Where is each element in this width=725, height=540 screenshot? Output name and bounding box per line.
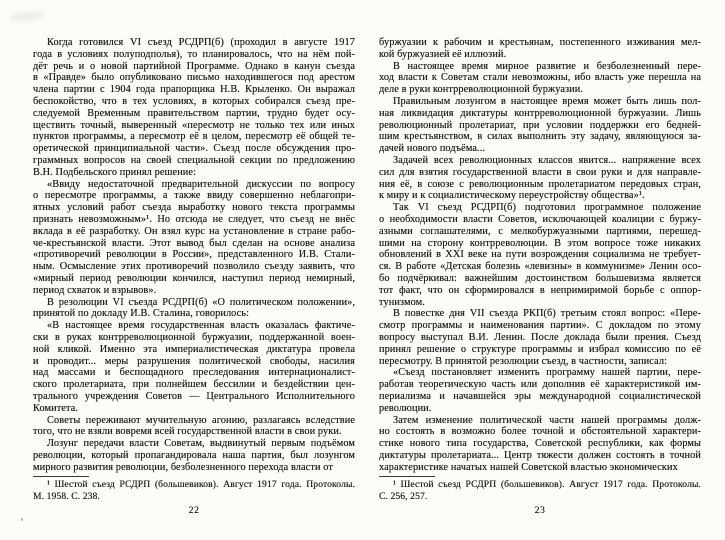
text-line: принятой по докладу И.В. Сталина, говори… [33,308,355,320]
text-line: деле в руки контрреволюционной буржуазии… [379,84,701,96]
text-line: пунктов программы, а пересмотр её в цело… [33,131,355,143]
footnote-divider [33,476,89,477]
text-line: ход власти к Советам стали невозможны, и… [379,72,701,84]
text-line: члена партии с 1904 года прапорщика Н.В.… [33,84,355,96]
text-line: революционный пролетариат, при условии п… [379,120,701,132]
text-line: кой буржуазией её иллюзий. [379,49,701,61]
text-line: периализма и начавшейся эры международно… [379,391,701,403]
text-line: граммных вопросов на своей специальной с… [33,155,355,167]
text-line: ния её, в союзе с революционным пролетар… [379,179,701,191]
text-line: буржуазии к рабочим и крестьянам, постеп… [379,37,701,49]
text-line: азными соглашателями, с мелкобуржуазными… [379,226,701,238]
text-line: Затем изменение политической части нашей… [379,415,701,427]
text-line: ся. В работе «Детская болезнь «левизны» … [379,261,701,273]
text-line: обновлений в XXI веке на пути возрождени… [379,249,701,261]
text-line: М. 1958. С. 238. [33,491,355,502]
text-line: ¹ Шестой съезд РСДРП (большевиков). Авгу… [33,479,355,490]
text-line: дачей нового подъёма... [379,143,701,155]
page-number: 23 [379,505,701,516]
text-line: о необходимости власти Советов, исключаю… [379,214,701,226]
footnote-text: ¹ Шестой съезд РСДРП (большевиков). Авгу… [379,479,701,501]
text-line: шим крестьянством, в силах выполнить эту… [379,131,701,143]
text-line: и проводит... меры разрушения политическ… [33,356,355,368]
text-line: ная ликвидация диктатуры контрреволюцион… [379,108,701,120]
text-line: революции. [379,403,701,415]
text-line: о пересмотре программы, а также ввиду со… [33,190,355,202]
text-line: Когда готовился VI съезд РСДРП(б) (прохо… [33,37,355,49]
text-line: шими на сторону контрреволюции. В этом в… [379,238,701,250]
text-line: бо подчёркивал: важнейшим достоинством б… [379,273,701,285]
text-line: тот факт, что он сформировался в неприми… [379,285,701,297]
text-line: года в условиях полуподполья), то планир… [33,49,355,61]
text-line: вклада в её разработку. Он взял курс на … [33,226,355,238]
text-line: но состоять в возможно более точной и об… [379,426,701,438]
text-line: характеристике начатых нашей Советской в… [379,462,701,474]
scan-speck [21,518,23,521]
text-line: пересмотру. В принятой резолюции съезд, … [379,356,701,368]
text-line: тунизмом. [379,297,701,309]
text-line: вопросу выступал В.И. Ленин. После докла… [379,332,701,344]
text-line: работав теоретическую часть или дополнив… [379,379,701,391]
text-line: над массами и беспощадного преследования… [33,367,355,379]
text-line: признать невозможным»¹. Но отсюда не сле… [33,214,355,226]
text-line: «Съезд постановляет изменить программу н… [379,367,701,379]
page-number: 22 [33,505,355,516]
text-line: Так VI съезд РСДРП(б) подготовил програм… [379,202,701,214]
text-line: ным. Осмысление этих противоречий позвол… [33,261,355,273]
text-line: период схваток и взрывов». [33,285,355,297]
text-line: того, что не взяли вовремя всей государс… [33,426,355,438]
text-line: В.Н. Подбельского принял решение: [33,167,355,179]
text-line: В повестке дня VII съезда РКП(б) третьим… [379,308,701,320]
scan-smudge [9,10,46,23]
text-line: че-крестьянской власти. Этот вывод был с… [33,238,355,250]
text-line: принял решение о структуре программы и и… [379,344,701,356]
text-line: ского пролетариата, при полнейшем бессил… [33,379,355,391]
text-line: ной кликой. Именно эта империалистическа… [33,344,355,356]
footnote-text: ¹ Шестой съезд РСДРП (большевиков). Авгу… [33,479,355,501]
page-text: буржуазии к рабочим и крестьянам, постеп… [379,37,701,473]
text-line: В настоящее время мирное развитие и безб… [379,61,701,73]
text-line: к миру и к социалистическому переустройс… [379,190,701,202]
text-line: «мирный период революции кончился, насту… [33,273,355,285]
text-line: «противоречий революции в России», предс… [33,249,355,261]
text-line: Комитета. [33,403,355,415]
text-line: следуемой Временным правительством парти… [33,108,355,120]
text-line: смотр программы и наименования партии». … [379,320,701,332]
text-line: Советы переживают мучительную агонию, ра… [33,415,355,427]
text-line: сил для взятия государственной власти в … [379,167,701,179]
page-text: Когда готовился VI съезд РСДРП(б) (прохо… [33,37,355,473]
text-line: мирного развития революции, безболезненн… [33,462,355,474]
text-line: Правильным лозунгом в настоящее время мо… [379,96,701,108]
text-line: диктатуры пролетариата... Центр тяжести … [379,450,701,462]
text-line: революции, который пропагандировала наша… [33,450,355,462]
text-line: трального учреждения Советов — Центральн… [33,391,355,403]
text-line: Лозунг передачи власти Советам, выдвинут… [33,438,355,450]
footnote-divider [379,476,435,477]
text-line: в «Правде» было опубликовано письмо нахо… [33,72,355,84]
text-line: стике нового типа государства, Советской… [379,438,701,450]
page-left: Когда готовился VI съезд РСДРП(б) (прохо… [33,37,355,516]
text-line: С. 256, 257. [379,491,701,502]
text-line: ществить точный, выверенный «пересмотр н… [33,120,355,132]
text-line: ¹ Шестой съезд РСДРП (большевиков). Авгу… [379,479,701,490]
text-line: Задачей всех революционных классов явитс… [379,155,701,167]
text-line: ски в руках контрреволюционной буржуазии… [33,332,355,344]
text-line: дёт речь и о новой партийной Программе. … [33,61,355,73]
text-line: «В настоящее время государственная власт… [33,320,355,332]
text-line: оретической принципиальной части». Съезд… [33,143,355,155]
text-line: беспокойство, что в тех условиях, в кото… [33,96,355,108]
page-right: буржуазии к рабочим и крестьянам, постеп… [379,37,701,516]
text-line: ятных условий работ съезда выработку нов… [33,202,355,214]
text-line: В резолюции VI съезда РСДРП(б) «О полити… [33,297,355,309]
text-line: «Ввиду недостаточной предварительной дис… [33,179,355,191]
